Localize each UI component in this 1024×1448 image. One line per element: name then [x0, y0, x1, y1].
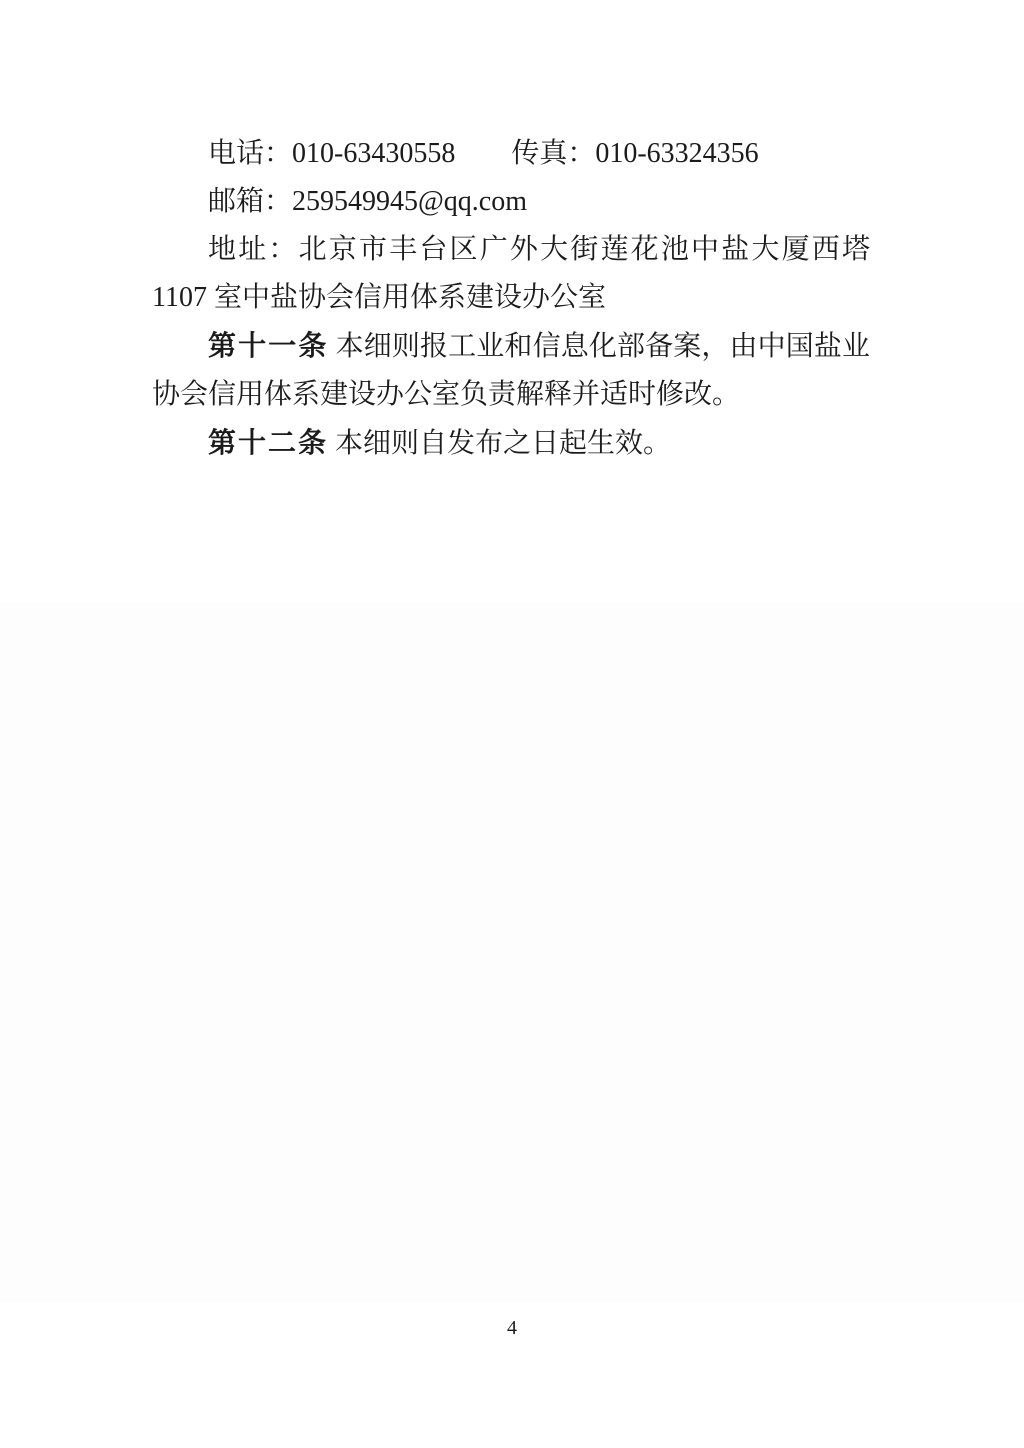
text-line: 电话：010-63430558 传真：010-63324356	[152, 130, 870, 178]
line-text: 1107 室中盐协会信用体系建设办公室	[152, 282, 606, 313]
text-line: 邮箱：259549945@qq.com	[152, 178, 870, 226]
page-number: 4	[507, 1317, 517, 1339]
text-line: 1107 室中盐协会信用体系建设办公室	[152, 274, 870, 322]
article-number: 第十一条	[208, 330, 329, 361]
line-text: 协会信用体系建设办公室负责解释并适时修改。	[152, 379, 740, 410]
document-page: 电话：010-63430558 传真：010-63324356邮箱：259549…	[0, 0, 1024, 1448]
text-line: 地址：北京市丰台区广外大街莲花池中盐大厦西塔	[152, 226, 870, 274]
line-text: 本细则自发布之日起生效。	[328, 428, 671, 459]
text-line: 第十二条 本细则自发布之日起生效。	[152, 419, 870, 468]
text-line: 第十一条 本细则报工业和信息化部备案，由中国盐业	[152, 322, 870, 371]
line-text: 邮箱：259549945@qq.com	[208, 186, 527, 217]
page-footer: 4	[0, 1316, 1024, 1340]
line-text: 电话：010-63430558 传真：010-63324356	[208, 138, 759, 169]
document-text-block: 电话：010-63430558 传真：010-63324356邮箱：259549…	[152, 130, 870, 468]
line-text: 地址：北京市丰台区广外大街莲花池中盐大厦西塔	[208, 234, 870, 265]
article-number: 第十二条	[208, 427, 328, 458]
line-text: 本细则报工业和信息化部备案，由中国盐业	[329, 331, 870, 362]
text-line: 协会信用体系建设办公室负责解释并适时修改。	[152, 371, 870, 419]
